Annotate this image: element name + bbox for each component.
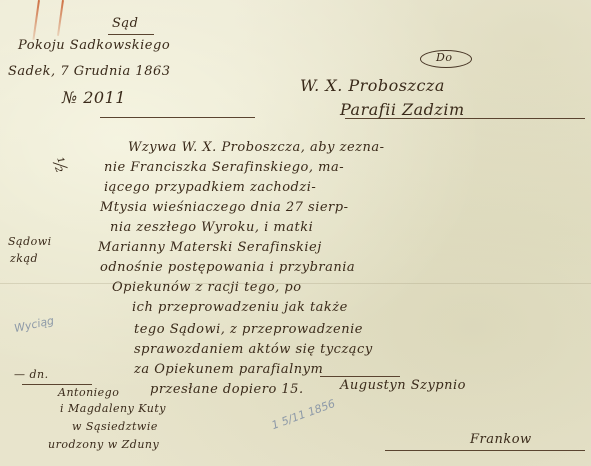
number-underline bbox=[100, 117, 255, 118]
judge-signature: Augustyn Szypnio bbox=[340, 378, 466, 393]
lower-line2: i Magdaleny Kuty bbox=[60, 402, 166, 415]
lower-underline bbox=[22, 384, 92, 385]
margin-note-line1: Sądowi bbox=[8, 235, 52, 248]
lower-line1: Antoniego bbox=[58, 386, 119, 399]
body-line: iącego przypadkiem zachodzi- bbox=[104, 180, 316, 195]
body-line: Opiekunów z racji tego, po bbox=[112, 280, 302, 295]
signature-underline bbox=[320, 376, 400, 377]
body-line: Marianny Materski Serafinskiej bbox=[98, 240, 322, 255]
stamp-text: Do bbox=[436, 51, 452, 64]
body-line: za Opiekunem parafialnym bbox=[134, 362, 323, 377]
margin-note-line2: zkąd bbox=[10, 252, 38, 265]
body-line: ich przeprowadzeniu jak także bbox=[132, 300, 348, 315]
body-line: Mtysia wieśniaczego dnia 27 sierp- bbox=[100, 200, 349, 215]
body-line: nia zeszłego Wyroku, i matki bbox=[110, 220, 313, 235]
clerk-signature: Frankow bbox=[470, 432, 532, 447]
body-line: nie Franciszka Serafinskiego, ma- bbox=[104, 160, 344, 175]
body-line: Wzywa W. X. Proboszcza, aby zezna- bbox=[128, 140, 385, 155]
addressee-underline bbox=[345, 118, 585, 119]
body-line: przesłane dopiero 15. bbox=[150, 382, 304, 397]
court-heading: Sąd bbox=[112, 16, 138, 31]
body-line: tego Sądowi, z przeprowadzenie bbox=[134, 322, 363, 337]
lower-dash: — dn. bbox=[14, 368, 49, 381]
lower-line4: urodzony w Zduny bbox=[48, 438, 159, 451]
body-line: odnośnie postępowania i przybrania bbox=[100, 260, 355, 275]
lower-line3: w Sąsiedztwie bbox=[72, 420, 158, 433]
clerk-underline bbox=[385, 450, 585, 451]
body-line: sprawozdaniem aktów się tyczący bbox=[134, 342, 373, 357]
document-number: № 2011 bbox=[62, 88, 126, 107]
place-date: Sadek, 7 Grudnia 1863 bbox=[8, 64, 171, 79]
addressee-parish: Parafii Zadzim bbox=[340, 100, 465, 119]
addressee-title: W. X. Proboszcza bbox=[300, 76, 445, 95]
heading-underline bbox=[108, 34, 154, 35]
court-name: Pokoju Sadkowskiego bbox=[18, 38, 170, 53]
